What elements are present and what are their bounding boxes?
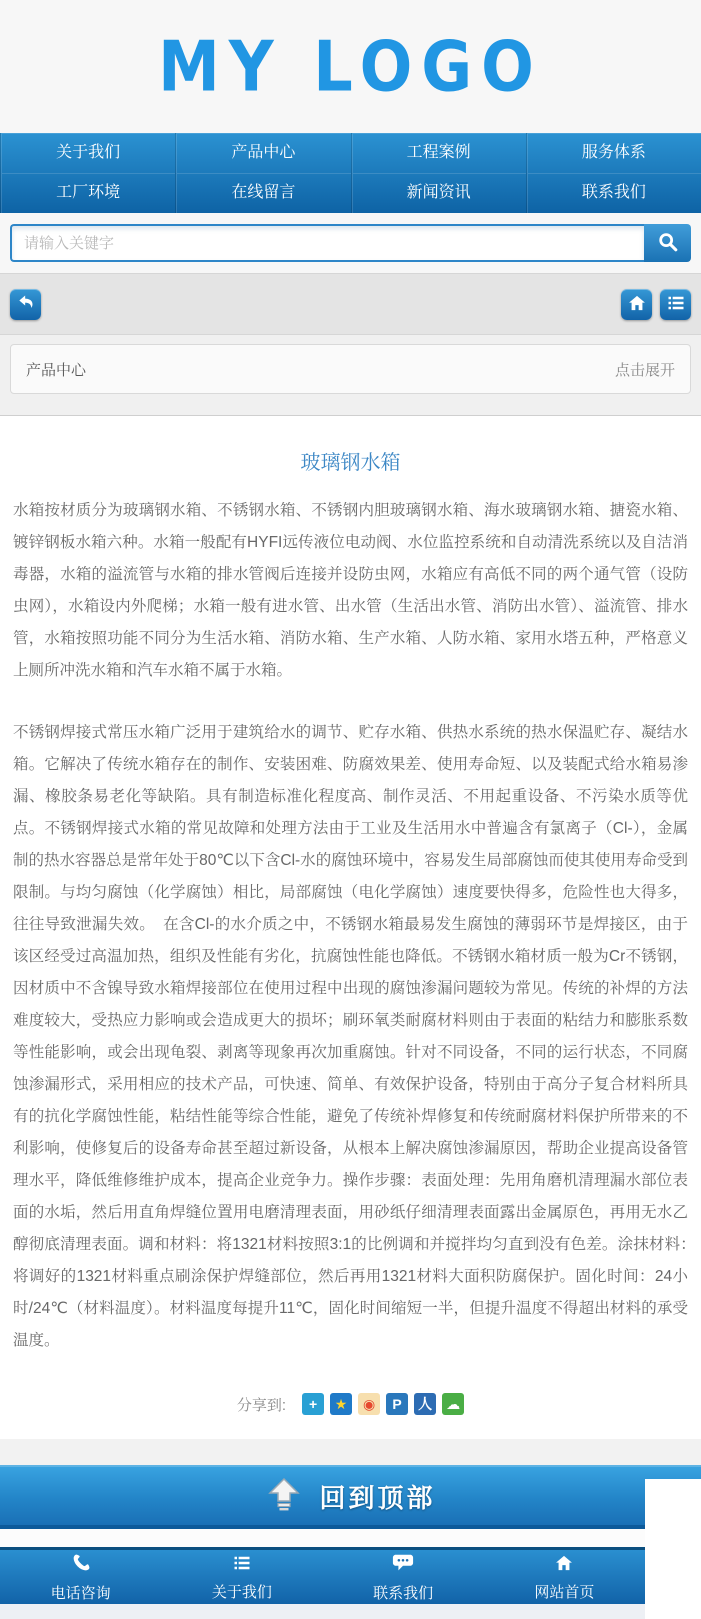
- article-title: 玻璃钢水箱: [13, 446, 688, 475]
- accordion-section: 产品中心 点击展开: [0, 335, 701, 416]
- home-button[interactable]: [621, 289, 652, 320]
- section-gap: [0, 1439, 701, 1465]
- share-label: 分享到:: [237, 1394, 286, 1415]
- share-weibo-icon[interactable]: ◉: [358, 1393, 380, 1415]
- accordion-title: 产品中心: [26, 359, 86, 380]
- home-icon: [554, 1553, 574, 1578]
- bottom-nav: 电话咨询关于我们联系我们网站首页: [0, 1547, 645, 1604]
- quick-toolbar: [0, 273, 701, 335]
- search-button[interactable]: [644, 224, 691, 262]
- bottom-nav-wrap: 电话咨询关于我们联系我们网站首页: [0, 1547, 645, 1619]
- share-pengyou-icon[interactable]: P: [386, 1393, 408, 1415]
- bottom-nav-label: 联系我们: [373, 1582, 433, 1603]
- back-to-top-label: 回到顶部: [319, 1478, 435, 1515]
- article-paragraph: 不锈钢焊接式常压水箱广泛用于建筑给水的调节、贮存水箱、供热水系统的热水保温贮存、…: [13, 717, 688, 1357]
- article-paragraph: 水箱按材质分为玻璃钢水箱、不锈钢水箱、不锈钢内胆玻璃钢水箱、海水玻璃钢水箱、搪瓷…: [13, 495, 688, 687]
- site-logo[interactable]: MY LOGO: [158, 26, 543, 108]
- share-qzone-icon[interactable]: ★: [330, 1393, 352, 1415]
- nav-item-2[interactable]: 产品中心: [175, 133, 350, 173]
- nav-item-6[interactable]: 在线留言: [175, 173, 350, 213]
- bottom-strip: [0, 1604, 645, 1619]
- share-row: 分享到: +★◉P人☁: [0, 1391, 701, 1439]
- nav-item-1[interactable]: 关于我们: [0, 133, 175, 173]
- product-center-accordion[interactable]: 产品中心 点击展开: [10, 344, 691, 394]
- nav-item-3[interactable]: 工程案例: [351, 133, 526, 173]
- bottom-nav-item-home[interactable]: 网站首页: [484, 1550, 645, 1604]
- share-more-icon[interactable]: +: [302, 1393, 324, 1415]
- nav-item-4[interactable]: 服务体系: [526, 133, 701, 173]
- bottom-nav-item-list[interactable]: 关于我们: [161, 1550, 322, 1604]
- share-wechat-icon[interactable]: ☁: [442, 1393, 464, 1415]
- bottom-nav-label: 关于我们: [212, 1581, 272, 1602]
- article: 玻璃钢水箱 水箱按材质分为玻璃钢水箱、不锈钢水箱、不锈钢内胆玻璃钢水箱、海水玻璃…: [0, 416, 701, 1391]
- accordion-expand-hint[interactable]: 点击展开: [615, 359, 675, 380]
- bottom-nav-label: 网站首页: [534, 1581, 594, 1602]
- search-input[interactable]: [10, 224, 644, 262]
- back-to-top-button[interactable]: 回到顶部: [0, 1465, 701, 1529]
- menu-button[interactable]: [660, 289, 691, 320]
- bottom-nav-label: 电话咨询: [51, 1582, 111, 1603]
- nav-item-7[interactable]: 新闻资讯: [351, 173, 526, 213]
- main-nav: 关于我们产品中心工程案例服务体系工厂环境在线留言新闻资讯联系我们: [0, 133, 701, 213]
- bottom-nav-item-phone[interactable]: 电话咨询: [0, 1550, 161, 1604]
- site-header: MY LOGO: [0, 0, 701, 133]
- home-icon: [627, 293, 647, 316]
- list-menu-icon: [666, 293, 686, 316]
- share-renren-icon[interactable]: 人: [414, 1393, 436, 1415]
- nav-item-5[interactable]: 工厂环境: [0, 173, 175, 213]
- back-button[interactable]: [10, 289, 41, 320]
- chat-icon: [391, 1552, 415, 1579]
- search-icon: [657, 231, 679, 256]
- list-icon: [232, 1553, 252, 1578]
- arrow-up-icon: [265, 1477, 303, 1516]
- page: MY LOGO 关于我们产品中心工程案例服务体系工厂环境在线留言新闻资讯联系我们…: [0, 0, 701, 1619]
- bottom-right-margin: [645, 1479, 701, 1619]
- phone-icon: [70, 1552, 92, 1579]
- back-icon: [16, 293, 36, 316]
- search-bar: [0, 213, 701, 273]
- bottom-nav-item-chat[interactable]: 联系我们: [323, 1550, 484, 1604]
- nav-item-8[interactable]: 联系我们: [526, 173, 701, 213]
